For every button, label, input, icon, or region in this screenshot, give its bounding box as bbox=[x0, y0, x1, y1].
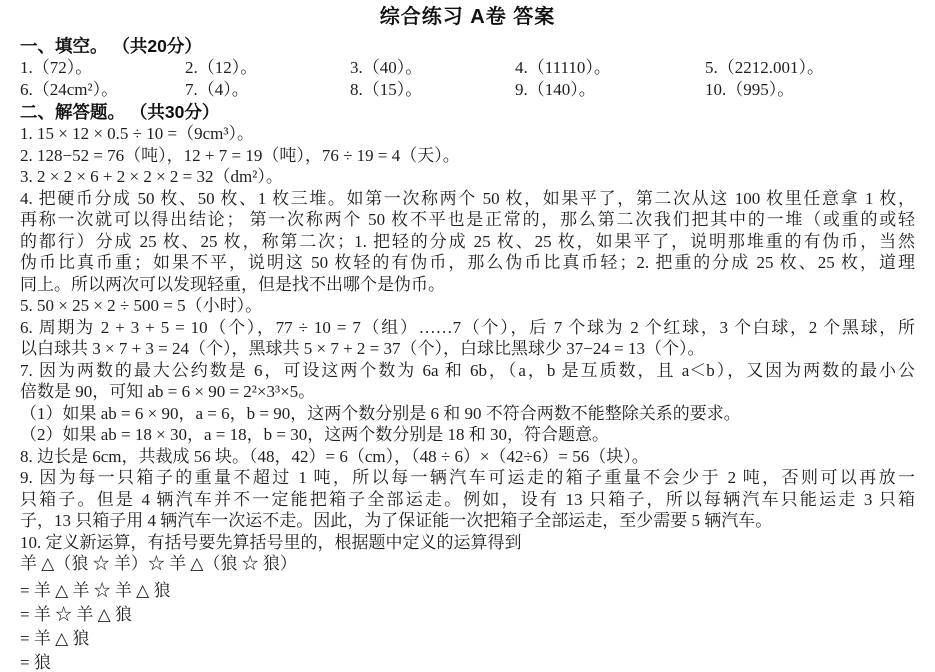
solution-line-24: = 羊 △ 狼 bbox=[0, 627, 935, 651]
solution-line-3: 3. 2 × 2 × 6 + 2 × 2 × 2 = 32（dm²）。 bbox=[0, 166, 935, 188]
fill-blank-answers-row-2: 6.（24cm²）。 7.（4）。 8.（15）。 9.（140）。 10.（9… bbox=[0, 79, 935, 101]
solution-line-17: 9. 因为每一只箱子的重量不超过 1 吨，所以每一辆汽车可运走的箱子重量不会少于… bbox=[0, 467, 935, 489]
solution-line-18: 只箱子。但是 4 辆汽车并不一定能把箱子全部运走。例如，设有 13 只箱子，所以… bbox=[0, 489, 935, 511]
answer-3: 3.（40）。 bbox=[350, 57, 515, 79]
solution-line-25: = 狼 bbox=[0, 651, 935, 672]
section2-heading: 二、解答题。 （共30分） bbox=[0, 101, 935, 123]
fill-blank-answers-row-1: 1.（72）。 2.（12）。 3.（40）。 4.（11110）。 5.（22… bbox=[0, 57, 935, 79]
solution-line-16: 8. 边长是 6cm，共裁成 56 块。（48，42）= 6（cm），（48 ÷… bbox=[0, 446, 935, 468]
section1-heading: 一、填空。 （共20分） bbox=[0, 35, 935, 57]
solution-line-13: 倍数是 90，可知 ab = 6 × 90 = 2²×3³×5。 bbox=[0, 381, 935, 403]
answer-5: 5.（2212.001）。 bbox=[705, 57, 915, 79]
solution-line-19: 子，13 只箱子用 4 辆汽车一次运不走。因此，为了保证能一次把箱子全部运走，至… bbox=[0, 510, 935, 532]
solution-line-14: （1）如果 ab = 6 × 90，a = 6，b = 90，这两个数分别是 6… bbox=[0, 403, 935, 425]
solution-line-6: 的都行）分成 25 枚、25 枚，称第二次；1. 把轻的分成 25 枚、25 枚… bbox=[0, 231, 935, 253]
answer-9: 9.（140）。 bbox=[515, 79, 705, 101]
answer-1: 1.（72）。 bbox=[20, 57, 185, 79]
solution-line-5: 再称一次就可以得出结论； 第一次称两个 50 枚不平也是正常的，那么第二次我们把… bbox=[0, 209, 935, 231]
solution-line-8: 同上。所以两次可以发现轻重，但是找不出哪个是伪币。 bbox=[0, 274, 935, 296]
answer-sheet-page: 综合练习 A卷 答案 一、填空。 （共20分） 1.（72）。 2.（12）。 … bbox=[0, 5, 935, 672]
solution-line-15: （2）如果 ab = 18 × 30，a = 18，b = 30，这两个数分别是… bbox=[0, 424, 935, 446]
solution-line-12: 7. 因为两数的最大公约数是 6，可设这两个数为 6a 和 6b，（a，b 是互… bbox=[0, 360, 935, 382]
answer-8: 8.（15）。 bbox=[350, 79, 515, 101]
answer-7: 7.（4）。 bbox=[185, 79, 350, 101]
solution-line-23: = 羊 ☆ 羊 △ 狼 bbox=[0, 603, 935, 627]
solution-line-22: = 羊 △ 羊 ☆ 羊 △ 狼 bbox=[0, 579, 935, 603]
answer-4: 4.（11110）。 bbox=[515, 57, 705, 79]
solution-line-9: 5. 50 × 25 × 2 ÷ 500 = 5（小时）。 bbox=[0, 295, 935, 317]
solution-line-7: 伪币比真币重；如果不平，说明这 50 枚轻的有伪币，那么伪币比真币轻；2. 把重… bbox=[0, 252, 935, 274]
answer-10: 10.（995）。 bbox=[705, 79, 915, 101]
answer-6: 6.（24cm²）。 bbox=[20, 79, 185, 101]
solution-line-1: 1. 15 × 12 × 0.5 ÷ 10 =（9cm³）。 bbox=[0, 123, 935, 145]
solution-line-4: 4. 把硬币分成 50 枚、50 枚、1 枚三堆。如第一次称两个 50 枚，如果… bbox=[0, 188, 935, 210]
solution-line-10: 6. 周期为 2 + 3 + 5 = 10（个），77 ÷ 10 = 7（组）…… bbox=[0, 317, 935, 339]
solution-line-20: 10. 定义新运算，有括号要先算括号里的，根据题中定义的运算得到 bbox=[0, 532, 935, 554]
solution-line-2: 2. 128−52 = 76（吨），12 + 7 = 19（吨），76 ÷ 19… bbox=[0, 145, 935, 167]
page-title: 综合练习 A卷 答案 bbox=[0, 5, 935, 30]
answer-2: 2.（12）。 bbox=[185, 57, 350, 79]
solution-line-11: 以白球共 3 × 7 + 3 = 24（个），黑球共 5 × 7 + 2 = 3… bbox=[0, 338, 935, 360]
solution-line-21: 羊 △（狼 ☆ 羊）☆ 羊 △（狼 ☆ 狼） bbox=[0, 553, 935, 575]
